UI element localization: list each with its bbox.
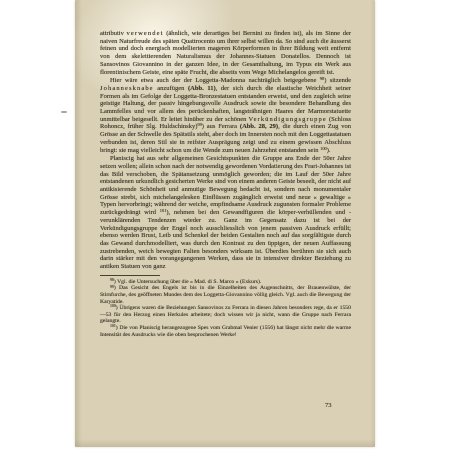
footnote: 100) Übrigens waren die Beziehungen Sans… (100, 305, 351, 325)
body-text: attributiv verwendet (ähnlich, wie derar… (100, 30, 351, 271)
paragraph: attributiv verwendet (ähnlich, wie derar… (100, 30, 351, 76)
footnote: 99) Das Gesicht des Engels ist bis in di… (100, 285, 351, 305)
margin-pencil-mark (61, 111, 67, 113)
text-block: attributiv verwendet (ähnlich, wie derar… (100, 30, 351, 338)
footnotes-section: 98) Vgl. die Untersuchung über die « Mad… (100, 279, 351, 338)
book-page: attributiv verwendet (ähnlich, wie derar… (75, 0, 375, 447)
footnote-divider (100, 275, 160, 276)
page-number: 73 (325, 402, 332, 409)
paragraph: Hier wäre etwa auch der der Loggetta-Mad… (100, 77, 351, 154)
footnote: 101) Die von Planiscig herangezogene Spe… (100, 325, 351, 338)
scan-background: attributiv verwendet (ähnlich, wie derar… (0, 0, 452, 452)
paragraph: Planiscig hat aus sehr allgemeinen Gesic… (100, 155, 351, 271)
